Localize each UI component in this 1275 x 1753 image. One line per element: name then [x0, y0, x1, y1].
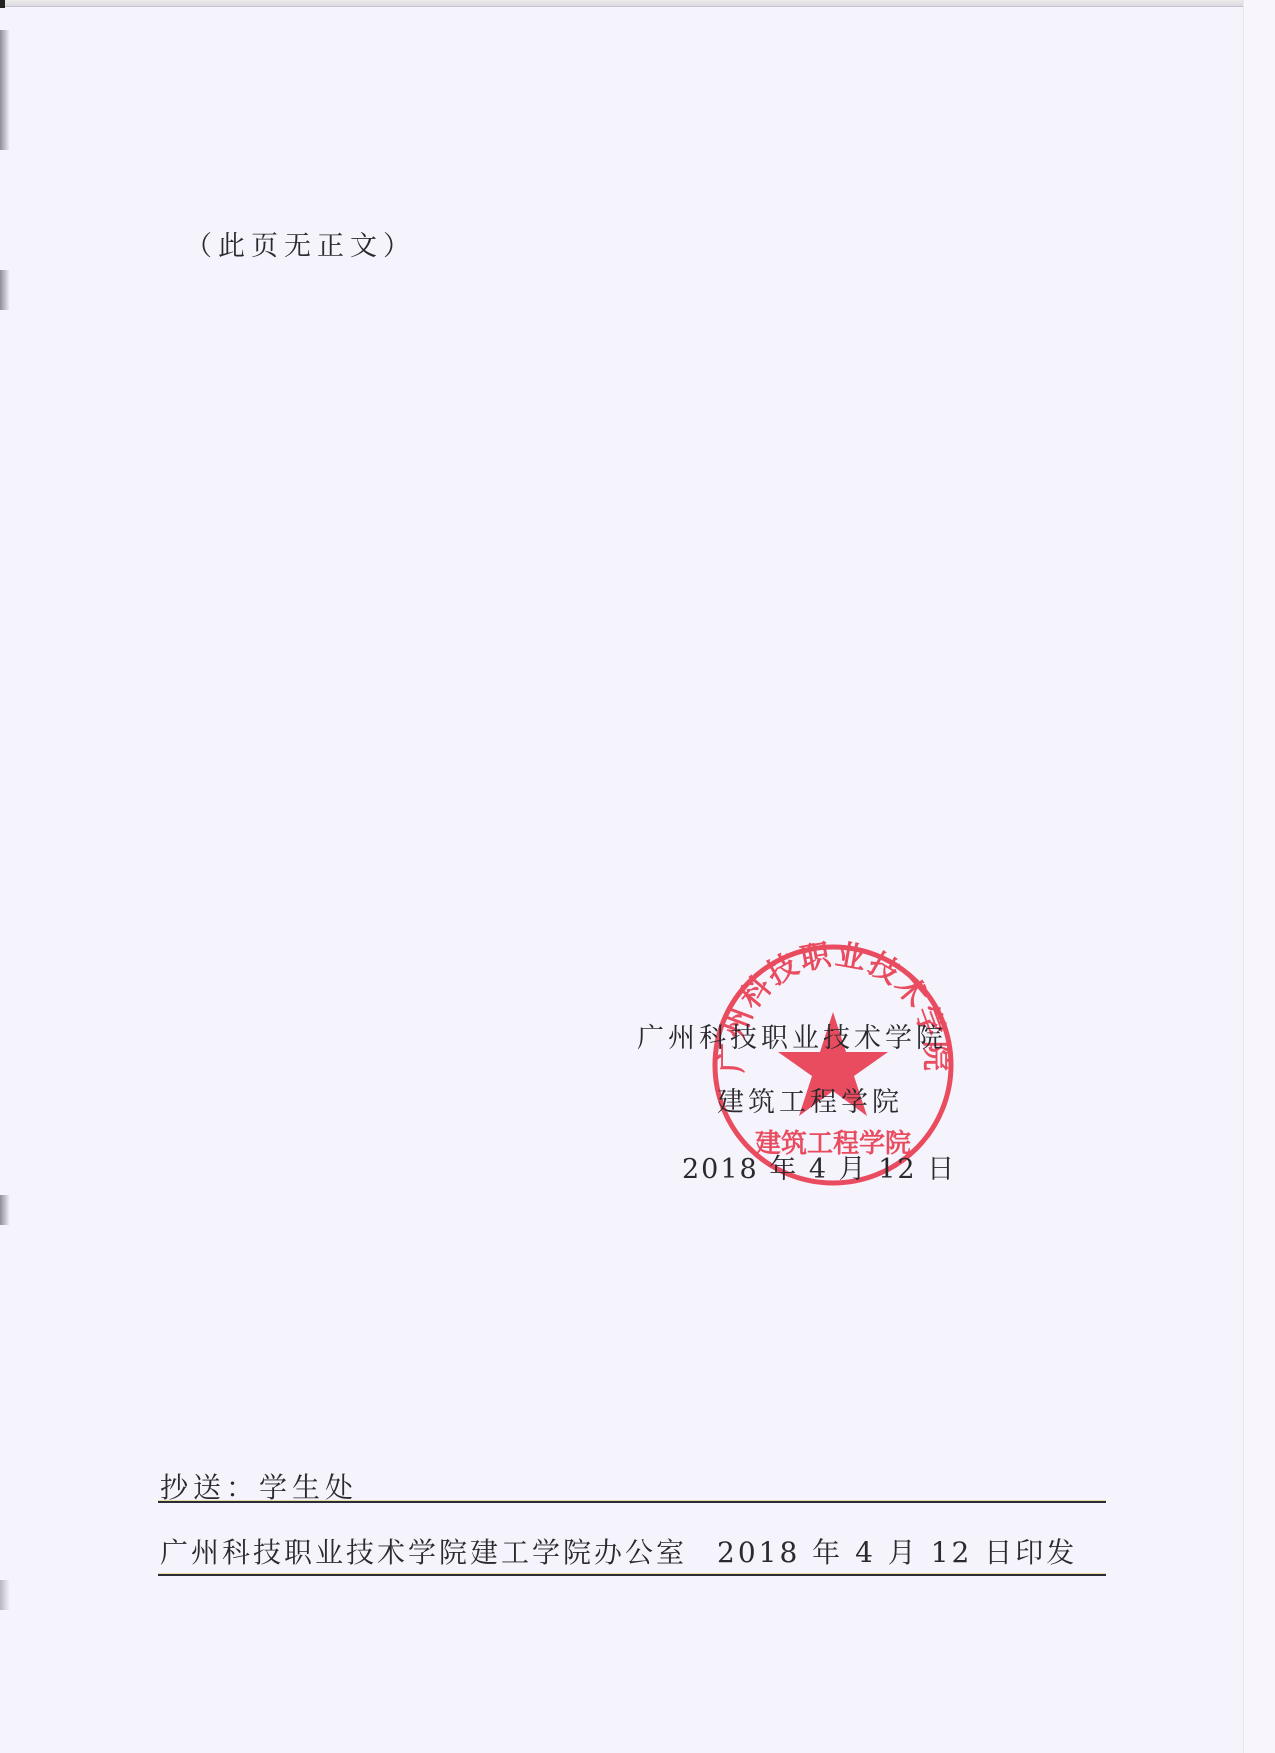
binding-hole-shadow	[0, 1195, 10, 1225]
binding-hole-shadow	[0, 30, 10, 150]
signature-department: 建筑工程学院	[717, 1080, 903, 1119]
signature-organization: 广州科技职业技术学院	[637, 1016, 947, 1055]
scan-corner-mark	[0, 0, 5, 8]
issuer-line: 广州科技职业技术学院建工学院办公室2018 年 4 月 12 日印发	[160, 1531, 1077, 1571]
footer-rule-top	[158, 1501, 1106, 1503]
signature-date: 2018 年 4 月 12 日	[682, 1147, 956, 1186]
cc-line: 抄送：学生处	[160, 1466, 358, 1506]
footer-rule-bottom	[158, 1574, 1106, 1576]
issuer-office: 广州科技职业技术学院建工学院办公室	[160, 1536, 687, 1569]
scan-right-margin	[1243, 0, 1275, 1753]
scan-top-edge	[0, 0, 1275, 7]
issue-date: 2018 年 4 月 12 日印发	[717, 1536, 1077, 1569]
binding-hole-shadow	[0, 270, 10, 310]
binding-hole-shadow	[0, 1580, 10, 1610]
no-body-text-note: （此页无正文）	[185, 224, 416, 263]
